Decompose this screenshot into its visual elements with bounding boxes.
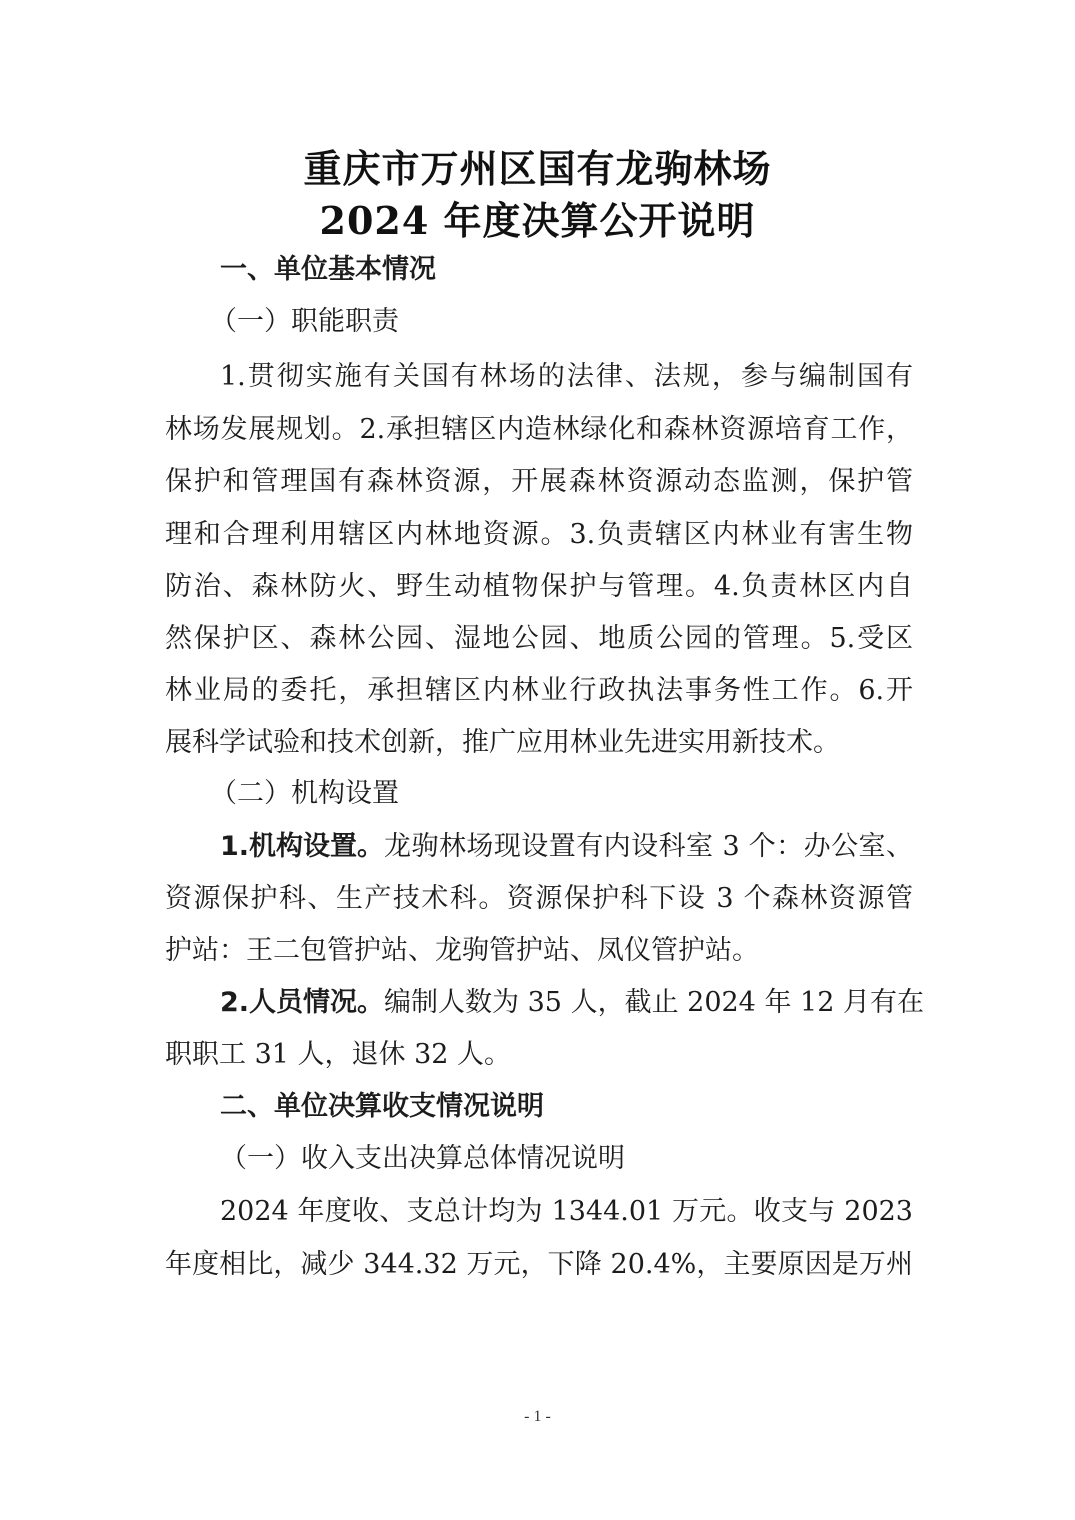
section-heading-budget: 二、单位决算收支情况说明 (220, 1087, 968, 1127)
paragraph-line: 资源保护科、生产技术科。资源保护科下设 3 个森林资源管 (165, 879, 913, 919)
paragraph-text: 编制人数为 35 人，截止 2024 年 12 月有在 (384, 983, 924, 1023)
paragraph-line-staff: 2.人员情况。编制人数为 35 人，截止 2024 年 12 月有在 (220, 983, 913, 1023)
paragraph-line: 年度相比，减少 344.32 万元，下降 20.4%，主要原因是万州 (165, 1245, 913, 1285)
document-title-line1: 重庆市万州区国有龙驹林场 (0, 138, 1075, 193)
paragraph-line-org: 1.机构设置。龙驹林场现设置有内设科室 3 个：办公室、 (220, 827, 913, 867)
bold-lead-staff: 2.人员情况。 (220, 983, 384, 1023)
paragraph-text: 龙驹林场现设置有内设科室 3 个：办公室、 (384, 827, 913, 867)
paragraph-line: 职职工 31 人，退休 32 人。 (165, 1035, 913, 1075)
subsection-heading-overall: （一）收入支出决算总体情况说明 (220, 1139, 968, 1179)
paragraph-line: 理和合理利用辖区内林地资源。3.负责辖区内林业有害生物 (165, 515, 913, 555)
paragraph-line: 林场发展规划。2.承担辖区内造林绿化和森林资源培育工作， (165, 410, 913, 450)
document-page: 重庆市万州区国有龙驹林场 2024 年度决算公开说明 一、单位基本情况 （一）职… (0, 0, 1075, 1520)
bold-lead-org-setup: 1.机构设置。 (220, 827, 384, 867)
paragraph-line: 2024 年度收、支总计均为 1344.01 万元。收支与 2023 (220, 1192, 913, 1232)
paragraph-line: 然保护区、森林公园、湿地公园、地质公园的管理。5.受区 (165, 619, 913, 659)
paragraph-line: 保护和管理国有森林资源，开展森林资源动态监测，保护管 (165, 462, 913, 502)
subsection-heading-organization: （二）机构设置 (210, 774, 958, 814)
section-heading-basic-info: 一、单位基本情况 (220, 250, 968, 290)
paragraph-line: 展科学试验和技术创新，推广应用林业先进实用新技术。 (165, 723, 913, 763)
paragraph-line: 护站：王二包管护站、龙驹管护站、凤仪管护站。 (165, 931, 913, 971)
page-number: - 1 - (0, 1408, 1075, 1426)
document-title-line2: 2024 年度决算公开说明 (0, 190, 1075, 245)
paragraph-line: 1.贯彻实施有关国有林场的法律、法规，参与编制国有 (220, 357, 913, 397)
paragraph-line: 防治、森林防火、野生动植物保护与管理。4.负责林区内自 (165, 567, 913, 607)
subsection-heading-functions: （一）职能职责 (210, 302, 958, 342)
paragraph-line: 林业局的委托，承担辖区内林业行政执法事务性工作。6.开 (165, 671, 913, 711)
